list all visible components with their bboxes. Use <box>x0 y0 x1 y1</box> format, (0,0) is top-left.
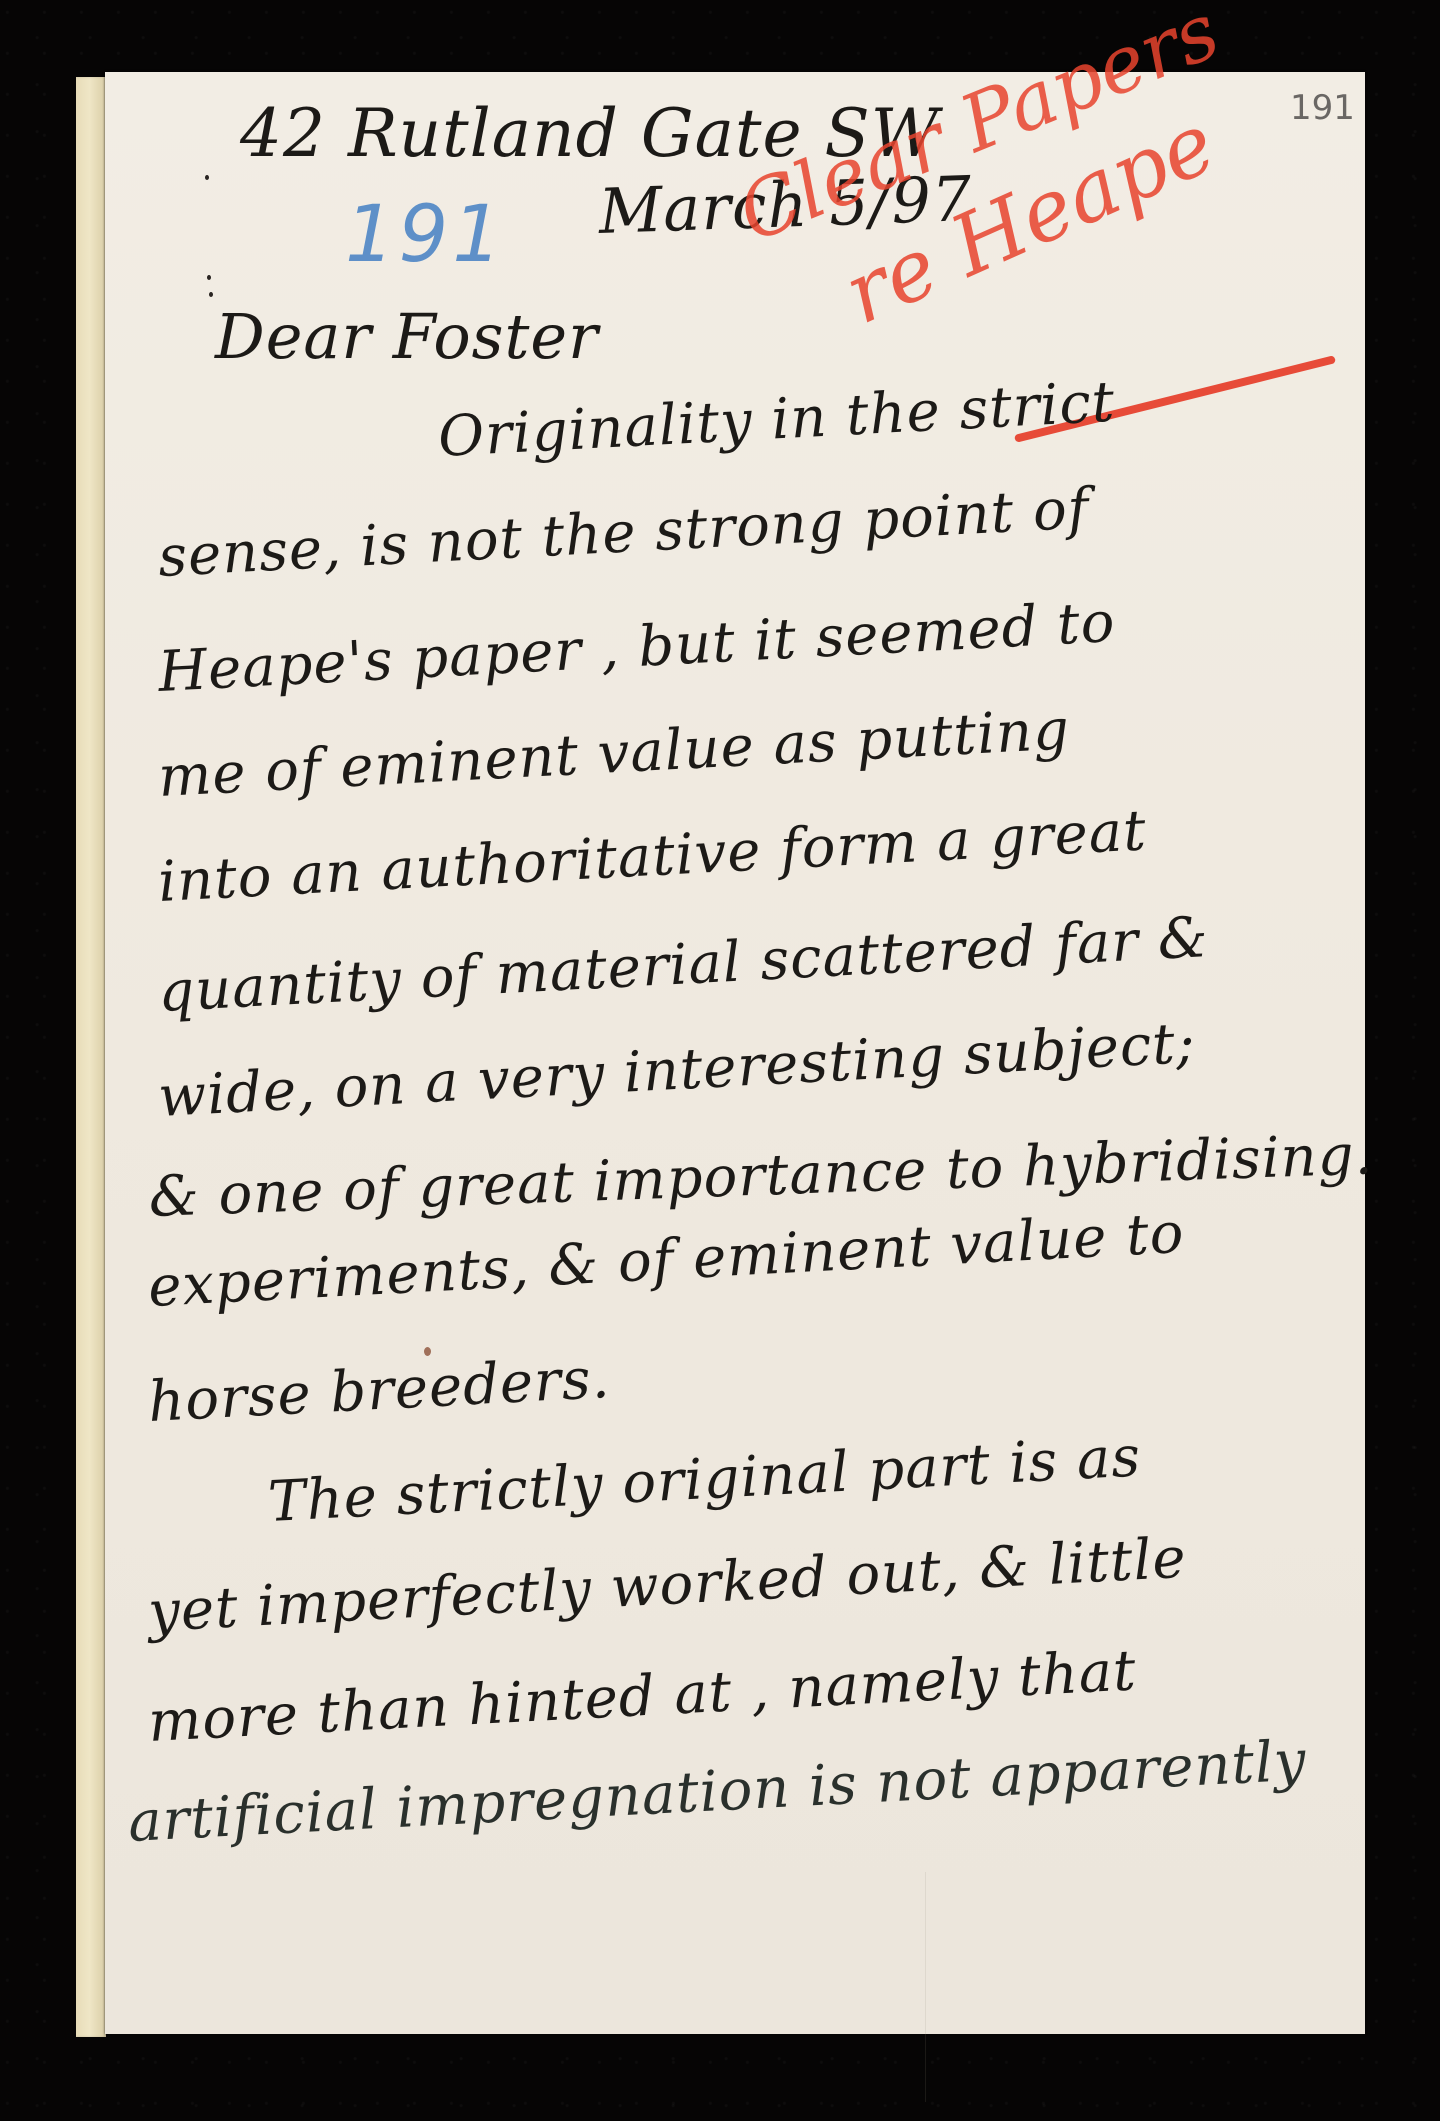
salutation: Dear Foster <box>215 300 599 373</box>
pin-hole <box>209 292 213 297</box>
paper-fold-crease <box>925 1872 926 2102</box>
corner-folio-number: 191 <box>1290 88 1355 128</box>
pin-hole <box>207 275 211 280</box>
paper-stain-speck <box>424 1347 431 1356</box>
mount-hinge-strip <box>76 77 106 2037</box>
pin-hole <box>205 175 209 180</box>
blue-pencil-folio-number: 191 <box>345 190 506 280</box>
